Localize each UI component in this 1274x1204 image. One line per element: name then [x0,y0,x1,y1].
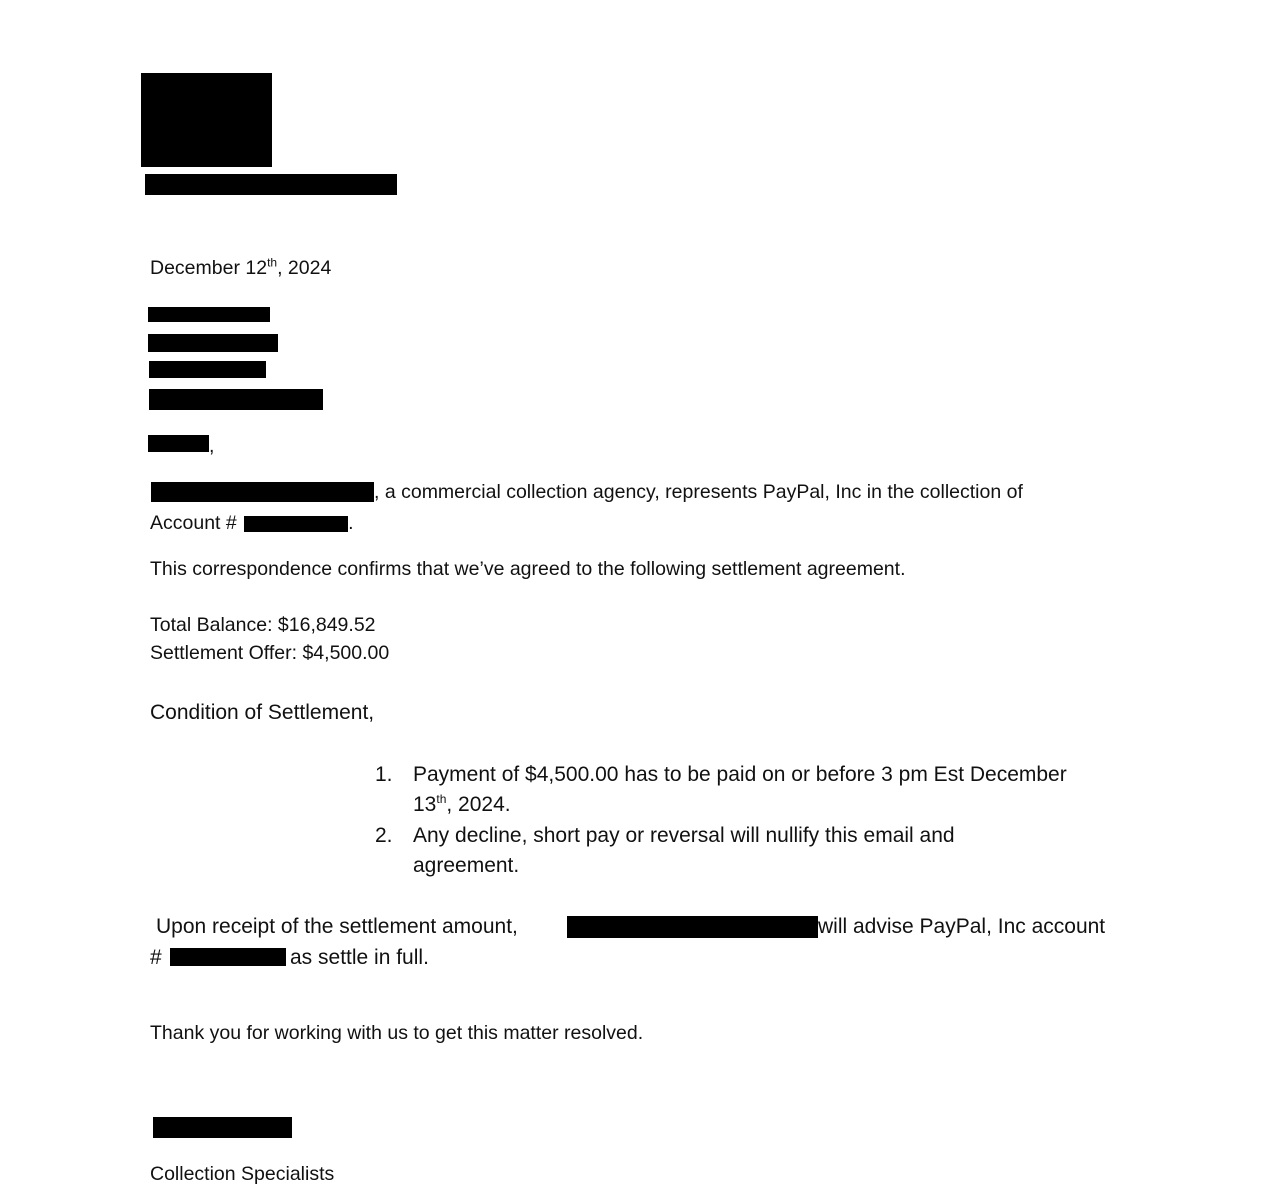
condition-2-number: 2. [375,823,393,849]
receipt-line-2-prefix: # [150,945,162,971]
redacted-recipient-address-3 [149,389,323,410]
condition-2-line-1: Any decline, short pay or reversal will … [413,823,955,849]
salutation-comma: , [209,434,214,458]
redacted-recipient-address-2 [149,361,266,378]
total-balance: Total Balance: $16,849.52 [150,613,376,637]
redacted-account-number-2 [170,948,286,966]
redacted-account-number [244,516,348,532]
settlement-offer: Settlement Offer: $4,500.00 [150,641,389,665]
intro-line-2: Account # . [150,511,354,535]
signature-title: Collection Specialists [150,1162,334,1186]
redacted-agency-name-2 [567,916,818,938]
redacted-recipient-address-1 [148,334,278,352]
receipt-line-1-suffix: will advise PayPal, Inc account [818,914,1105,940]
confirmation-text: This correspondence confirms that we’ve … [150,557,905,581]
letter-date: December 12th, 2024 [150,256,331,280]
condition-1-line-2: 13th, 2024. [413,792,511,818]
redacted-salutation-name [148,435,209,452]
redacted-recipient-name [148,307,270,322]
receipt-line-1-prefix: Upon receipt of the settlement amount, [156,914,518,940]
redacted-agency-name [151,482,374,502]
receipt-line-2-suffix: as settle in full. [290,945,429,971]
condition-1-number: 1. [375,762,393,788]
conditions-heading: Condition of Settlement, [150,700,374,726]
intro-line-1: , a commercial collection agency, repres… [374,480,1023,504]
redacted-letterhead-line [145,174,397,195]
condition-2-line-2: agreement. [413,853,519,879]
redacted-logo [141,73,272,167]
redacted-signer-name [153,1117,292,1138]
condition-1-line-1: Payment of $4,500.00 has to be paid on o… [413,762,1067,788]
thank-you-text: Thank you for working with us to get thi… [150,1021,643,1045]
